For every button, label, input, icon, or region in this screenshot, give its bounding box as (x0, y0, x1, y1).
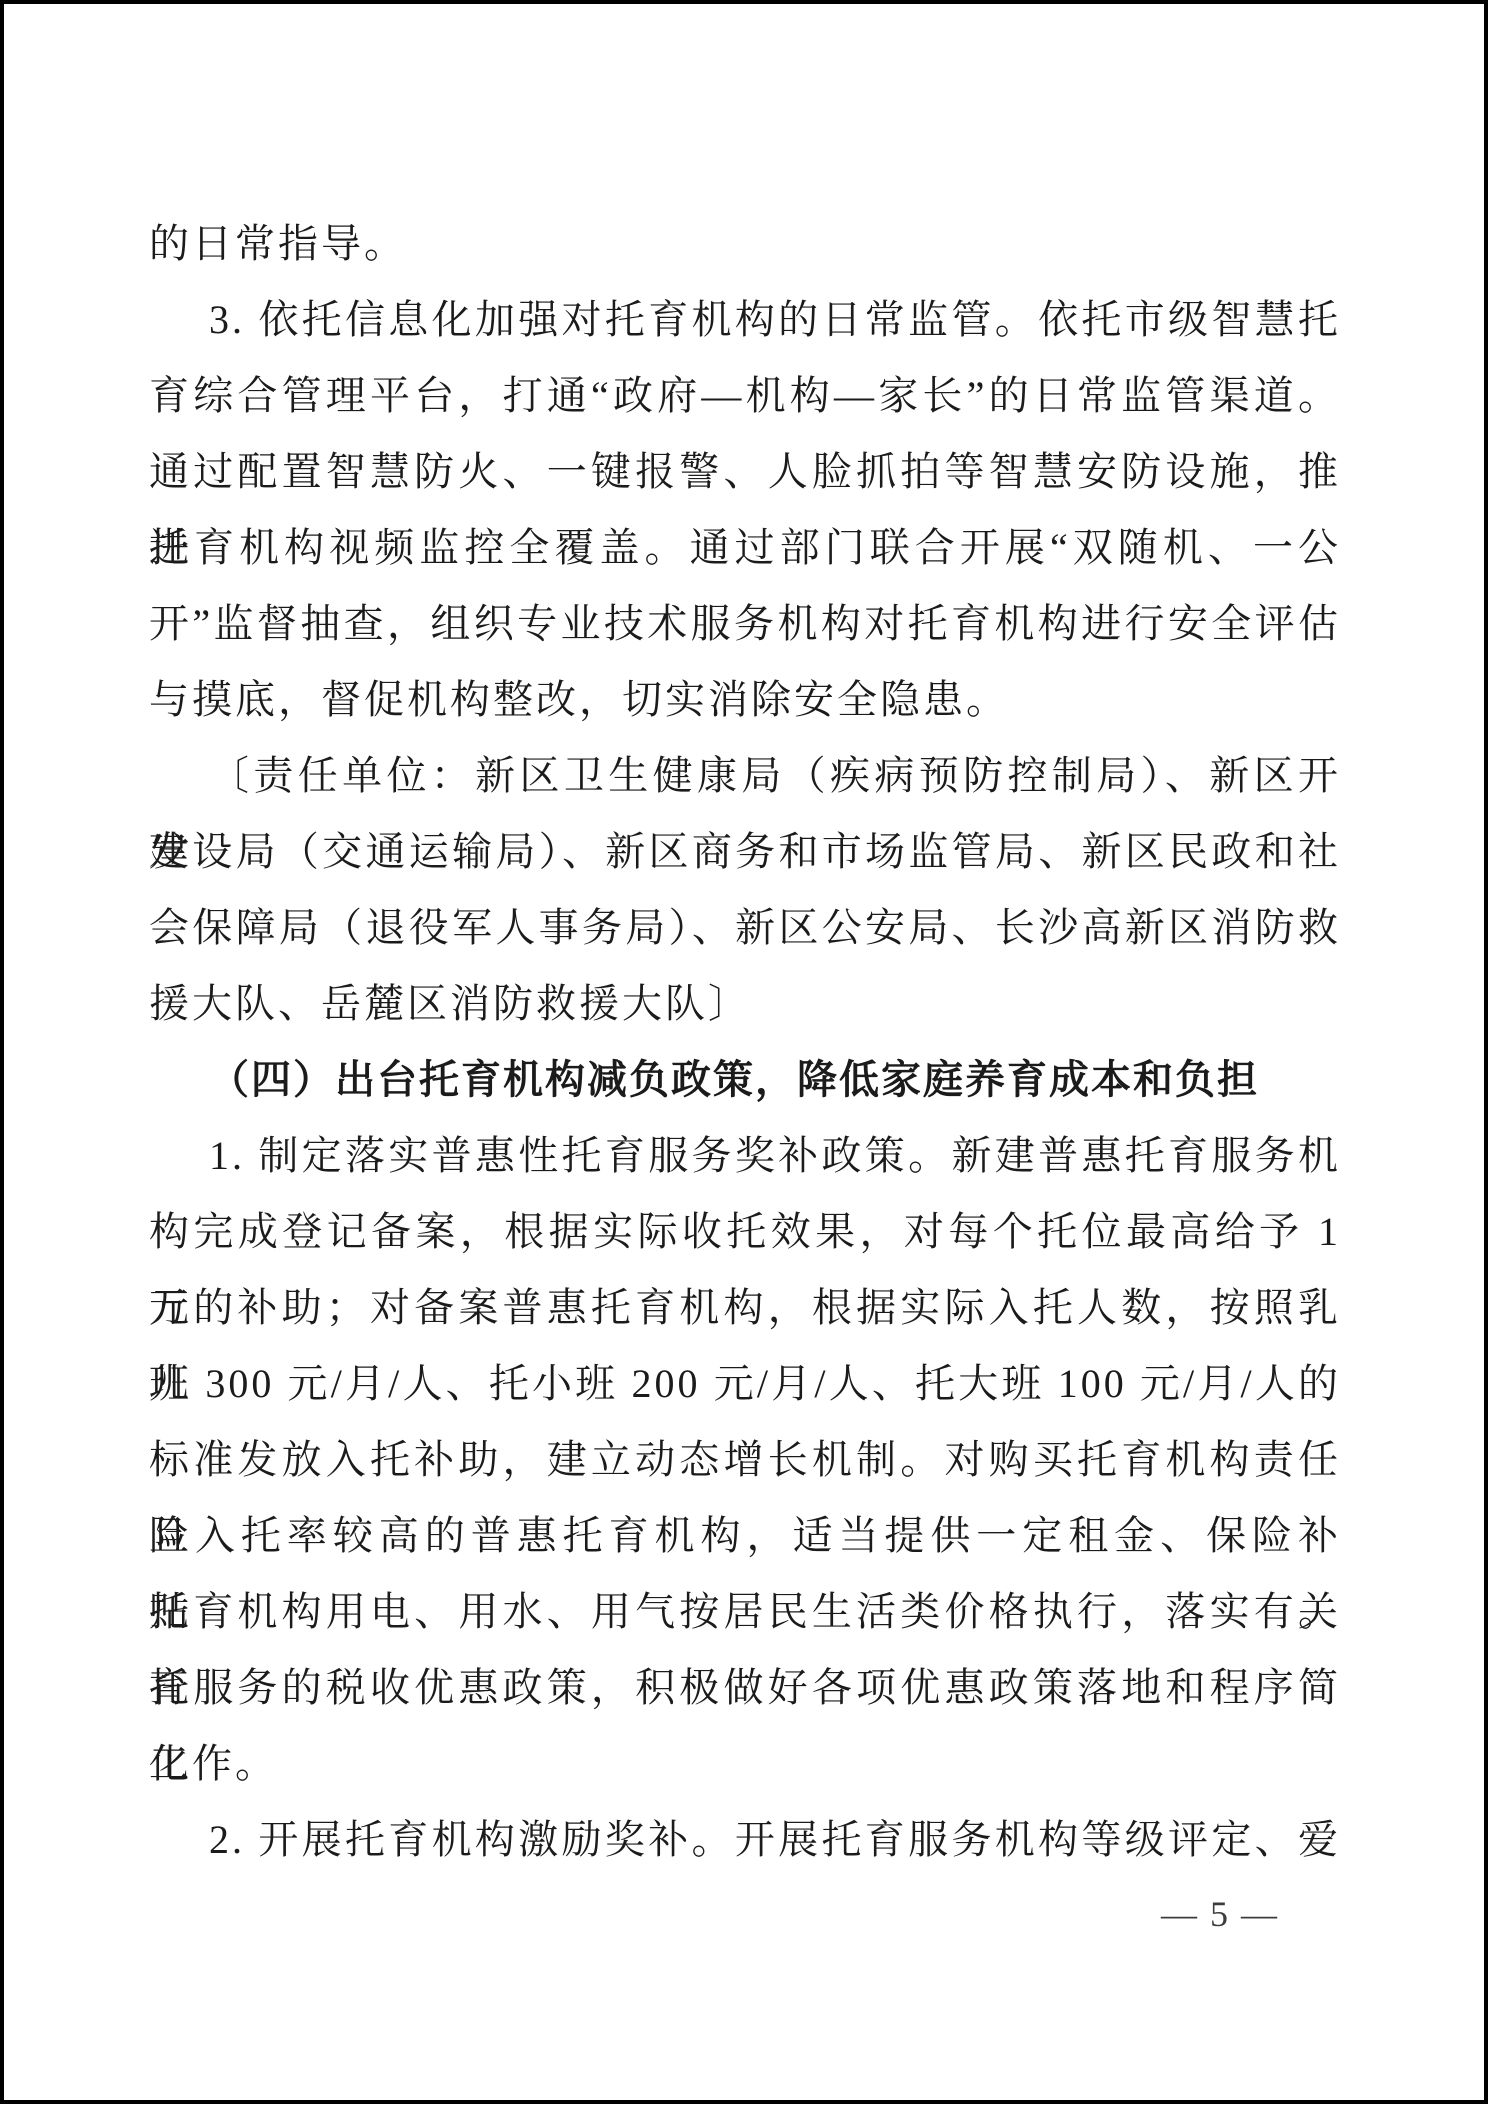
text-line: 托育机构视频监控全覆盖。通过部门联合开展“双随机、一公 (149, 510, 1341, 586)
text-line: 开”监督抽查，组织专业技术服务机构对托育机构进行安全评估 (149, 586, 1341, 662)
document-page: 的日常指导。3. 依托信息化加强对托育机构的日常监管。依托市级智慧托育综合管理平… (0, 0, 1488, 2104)
text-line: 且入托率较高的普惠托育机构，适当提供一定租金、保险补贴。 (149, 1498, 1341, 1574)
text-line: 育综合管理平台，打通“政府—机构—家长”的日常监管渠道。 (149, 358, 1341, 434)
text-line: 援大队、岳麓区消防救援大队〕 (149, 966, 1341, 1042)
text-line: 3. 依托信息化加强对托育机构的日常监管。依托市级智慧托 (149, 282, 1341, 358)
text-line: 2. 开展托育机构激励奖补。开展托育服务机构等级评定、爱 (149, 1802, 1341, 1878)
text-line: 元的补助；对备案普惠托育机构，根据实际入托人数，按照乳儿 (149, 1270, 1341, 1346)
page-number: — 5 — (1161, 1889, 1279, 1939)
text-line: 通过配置智慧防火、一键报警、人脸抓拍等智慧安防设施，推进 (149, 434, 1341, 510)
text-line: 的日常指导。 (149, 206, 1341, 282)
document-body: 的日常指导。3. 依托信息化加强对托育机构的日常监管。依托市级智慧托育综合管理平… (4, 4, 1484, 1878)
text-line: 建设局（交通运输局）、新区商务和市场监管局、新区民政和社 (149, 814, 1341, 890)
text-line: 工作。 (149, 1726, 1341, 1802)
text-line: 标准发放入托补助，建立动态增长机制。对购买托育机构责任险 (149, 1422, 1341, 1498)
text-line: 构完成登记备案，根据实际收托效果，对每个托位最高给予 1 万 (149, 1194, 1341, 1270)
text-line: 与摸底，督促机构整改，切实消除安全隐患。 (149, 662, 1341, 738)
text-line: 〔责任单位：新区卫生健康局（疾病预防控制局）、新区开发 (149, 738, 1341, 814)
text-line: 1. 制定落实普惠性托育服务奖补政策。新建普惠托育服务机 (149, 1118, 1341, 1194)
text-line: 托育机构用电、用水、用气按居民生活类价格执行，落实有关托 (149, 1574, 1341, 1650)
text-line: 会保障局（退役军人事务局）、新区公安局、长沙高新区消防救 (149, 890, 1341, 966)
text-line: （四）出台托育机构减负政策，降低家庭养育成本和负担 (149, 1042, 1341, 1118)
text-line: 班 300 元/月/人、托小班 200 元/月/人、托大班 100 元/月/人的 (149, 1346, 1341, 1422)
text-line: 育服务的税收优惠政策，积极做好各项优惠政策落地和程序简化 (149, 1650, 1341, 1726)
